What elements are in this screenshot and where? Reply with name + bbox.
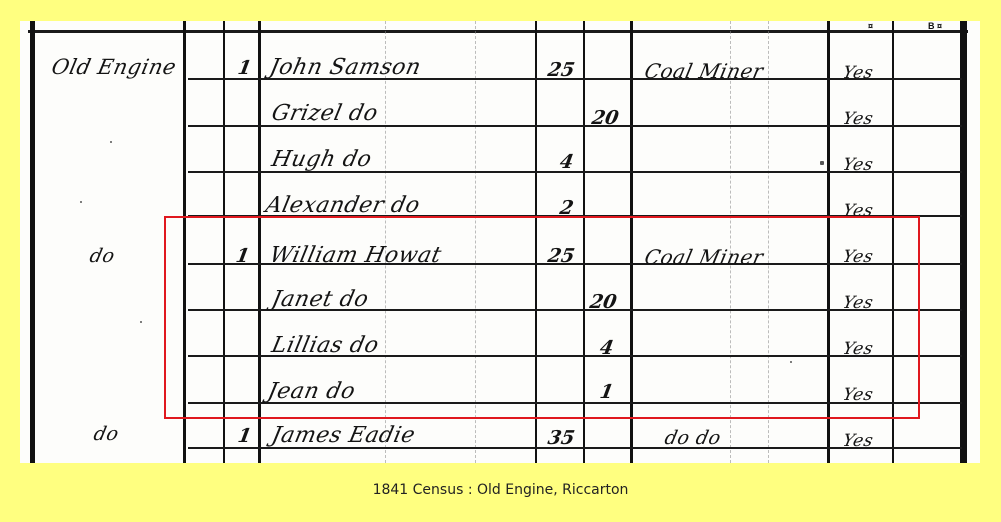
place-cell: do <box>92 423 121 445</box>
left-border <box>30 21 35 463</box>
name-cell: Hugh do <box>269 147 374 172</box>
name-cell: James Eadie <box>269 423 417 448</box>
name-cell: Jean do <box>265 379 357 404</box>
col-rule <box>892 21 894 463</box>
born-in-county-cell: Yes <box>841 339 875 359</box>
col-rule <box>630 21 633 463</box>
faint-rule <box>385 21 386 463</box>
born-in-county-cell: Yes <box>841 155 875 175</box>
house-mark-cell: 1 <box>236 425 253 447</box>
col-rule <box>223 21 225 463</box>
born-in-county-cell: Yes <box>841 201 875 221</box>
occupation-cell: do do <box>663 427 723 449</box>
speckle <box>820 161 824 165</box>
speckle <box>80 201 82 203</box>
born-in-county-cell: Yes <box>841 431 875 451</box>
col-rule <box>258 21 261 463</box>
col-rule <box>827 21 830 463</box>
name-cell: John Samson <box>267 55 423 80</box>
speckle <box>140 321 142 323</box>
name-cell: Alexander do <box>263 193 422 218</box>
age-male-cell: 35 <box>546 427 576 449</box>
born-in-county-cell: Yes <box>841 63 875 83</box>
name-cell: William Howat <box>267 243 443 268</box>
name-cell: Janet do <box>269 287 371 312</box>
speckle <box>110 141 112 143</box>
place-cell: do <box>88 245 117 267</box>
name-cell: Lillias do <box>269 333 381 358</box>
faint-rule <box>768 21 769 463</box>
age-female-cell: 20 <box>590 107 620 129</box>
census-page-image: ¤ B ¤ Old Engine 1 John Samson 25 Coal M… <box>20 21 980 463</box>
occupation-cell: Coal Miner <box>642 59 765 83</box>
born-in-county-cell: Yes <box>841 247 875 267</box>
faint-rule <box>475 21 476 463</box>
image-caption: 1841 Census : Old Engine, Riccarton <box>0 482 1001 498</box>
col-rule <box>183 21 186 463</box>
header-mark-1: ¤ <box>868 21 873 29</box>
name-cell: Grizel do <box>269 101 380 126</box>
age-male-cell: 25 <box>546 245 576 267</box>
occupation-cell: Coal Miner <box>642 245 765 269</box>
age-male-cell: 25 <box>546 59 576 81</box>
born-in-county-cell: Yes <box>841 385 875 405</box>
born-in-county-cell: Yes <box>841 293 875 313</box>
age-female-cell: 20 <box>588 291 618 313</box>
header-mark-2: B ¤ <box>928 21 942 29</box>
place-cell: Old Engine <box>49 55 178 79</box>
faint-rule <box>730 21 731 463</box>
col-rule <box>583 21 585 463</box>
house-mark-cell: 1 <box>236 57 253 79</box>
age-male-cell: 4 <box>558 151 575 173</box>
born-in-county-cell: Yes <box>841 109 875 129</box>
speckle <box>790 361 792 363</box>
col-rule <box>535 21 537 463</box>
age-female-cell: 1 <box>598 381 615 403</box>
right-border <box>960 21 967 463</box>
